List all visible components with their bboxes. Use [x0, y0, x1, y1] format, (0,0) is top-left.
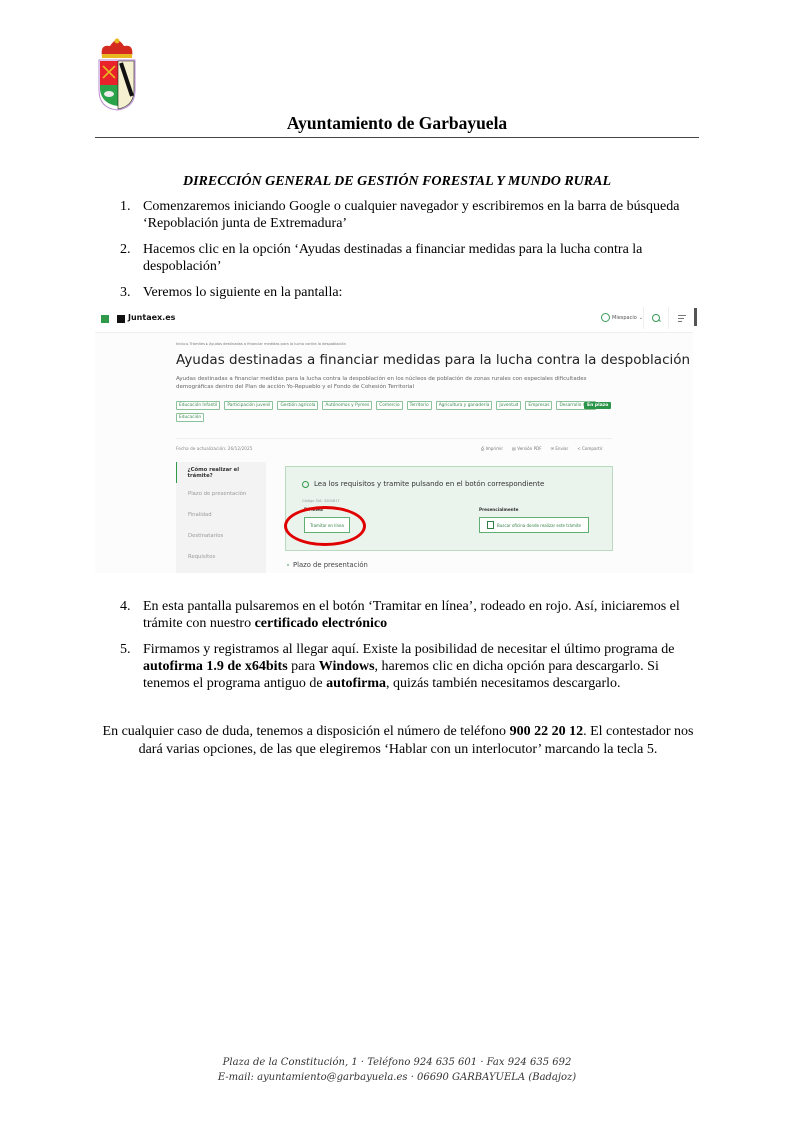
print-button[interactable]: ⎙ Imprimir [481, 446, 503, 451]
step-number: 4. [120, 598, 131, 615]
menu-icon[interactable] [678, 315, 686, 324]
topic-tag[interactable]: Autónomos y Pymes [322, 401, 372, 410]
topic-tag[interactable]: Agricultura y ganadería [436, 401, 493, 410]
info-heading: Lea los requisitos y tramite pulsando en… [302, 480, 544, 488]
sia-code: Código SIA: 3204817 [302, 499, 340, 503]
section-heading: DIRECCIÓN GENERAL DE GESTIÓN FORESTAL Y … [0, 174, 794, 190]
red-highlight-circle [284, 506, 366, 546]
step-item: 5.Firmamos y registramos al llegar aquí.… [95, 641, 685, 692]
step-text: Veremos lo siguiente en la pantalla: [143, 285, 342, 300]
phone-number: 900 22 20 12 [510, 724, 584, 739]
in-person-label: Presencialmente [479, 507, 519, 512]
bullet-icon [287, 564, 289, 566]
topic-tags: Educación Infantil Participación juvenil… [176, 401, 596, 422]
logo-green-square-icon [101, 315, 109, 323]
sidenav-item-how-to[interactable]: ¿Cómo realizar el trámite? [176, 462, 266, 483]
scrollbar-thumb[interactable] [694, 308, 697, 326]
step-number: 3. [120, 284, 131, 301]
sidenav-item-requirements[interactable]: Requisitos [176, 546, 266, 567]
step-text: Comenzaremos iniciando Google o cualquie… [143, 199, 679, 231]
step-item: 1.Comenzaremos iniciando Google o cualqu… [95, 198, 685, 232]
step-number: 5. [120, 641, 131, 658]
sidenav-item-recipients[interactable]: Destinatarios [176, 525, 266, 546]
instruction-steps-part-1: 1.Comenzaremos iniciando Google o cualqu… [95, 198, 685, 301]
website-screenshot: Juntaex.es Miespacio⌄ Inicio ▸ Trámites … [95, 305, 698, 573]
share-button[interactable]: < Compartir [577, 446, 602, 451]
help-paragraph: En cualquier caso de duda, tenemos a dis… [95, 723, 701, 759]
divider [668, 307, 669, 329]
my-space-button[interactable]: Miespacio⌄ [601, 313, 643, 322]
step-text: Hacemos clic en la opción ‘Ayudas destin… [143, 242, 642, 274]
topic-tag[interactable]: Participación juvenil [224, 401, 273, 410]
step-item: 4.En esta pantalla pulsaremos en el botó… [95, 598, 685, 632]
step-text: En esta pantalla pulsaremos en el botón … [143, 599, 680, 631]
topic-tag[interactable]: Territorio [407, 401, 432, 410]
topic-tag[interactable]: Comercio [376, 401, 402, 410]
page-footer: Plaza de la Constitución, 1 · Teléfono 9… [0, 1055, 794, 1085]
page-title: Ayudas destinadas a financiar medidas pa… [176, 352, 690, 368]
deadline-section-heading[interactable]: Plazo de presentación [287, 561, 368, 569]
my-space-label: Miespacio [612, 315, 637, 321]
breadcrumb[interactable]: Inicio ▸ Trámites ▸ Ayudas destinadas a … [176, 342, 346, 346]
divider [176, 438, 612, 439]
site-top-bar: Juntaex.es Miespacio⌄ [95, 305, 693, 333]
topic-tag[interactable]: Educación [176, 413, 204, 422]
logo-black-square-icon [117, 315, 125, 323]
send-button[interactable]: ✉ Enviar [551, 446, 569, 451]
search-icon[interactable] [652, 314, 660, 322]
step-item: 3.Veremos lo siguiente en la pantalla: [95, 284, 685, 301]
topic-tag[interactable]: Juventud [496, 401, 521, 410]
site-logo-text[interactable]: Juntaex.es [128, 313, 175, 322]
footer-contact: E-mail: ayuntamiento@garbayuela.es · 066… [0, 1070, 794, 1085]
divider [643, 307, 644, 329]
topic-tag[interactable]: Empresas [525, 401, 552, 410]
page-actions: ⎙ Imprimir ▤ Versión PDF ✉ Enviar < Comp… [481, 446, 603, 451]
sidenav-item-purpose[interactable]: Finalidad [176, 504, 266, 525]
mail-icon: ✉ [551, 446, 554, 451]
topic-tag[interactable]: Educación Infantil [176, 401, 220, 410]
coat-of-arms-logo [94, 38, 140, 112]
step-bold-text: certificado electrónico [255, 616, 388, 631]
step-number: 2. [120, 241, 131, 258]
document-icon: ▤ [512, 446, 516, 451]
pdf-button[interactable]: ▤ Versión PDF [512, 446, 542, 451]
sidenav-item-deadline[interactable]: Plazo de presentación [176, 483, 266, 504]
title-divider [95, 137, 699, 138]
page-description: Ayudas destinadas a financiar medidas pa… [176, 375, 616, 391]
footer-address: Plaza de la Constitución, 1 · Teléfono 9… [0, 1055, 794, 1070]
step-number: 1. [120, 198, 131, 215]
topic-tag[interactable]: Gestión agrícola [277, 401, 318, 410]
print-icon: ⎙ [481, 446, 484, 451]
user-ring-icon [601, 313, 610, 322]
instruction-steps-part-2: 4.En esta pantalla pulsaremos en el botó… [95, 598, 685, 692]
find-office-button[interactable]: Buscar oficina donde realizar este trámi… [479, 517, 589, 533]
step-item: 2.Hacemos clic en la opción ‘Ayudas dest… [95, 241, 685, 275]
share-icon: < [577, 446, 580, 451]
last-updated: Fecha de actualización: 26/12/2025 [176, 447, 253, 452]
info-icon [302, 481, 309, 488]
document-title: Ayuntamiento de Garbayuela [0, 113, 794, 134]
status-badge: En plazo [584, 402, 611, 409]
building-icon [487, 521, 494, 529]
procedure-sidenav: ¿Cómo realizar el trámite? Plazo de pres… [176, 462, 266, 573]
